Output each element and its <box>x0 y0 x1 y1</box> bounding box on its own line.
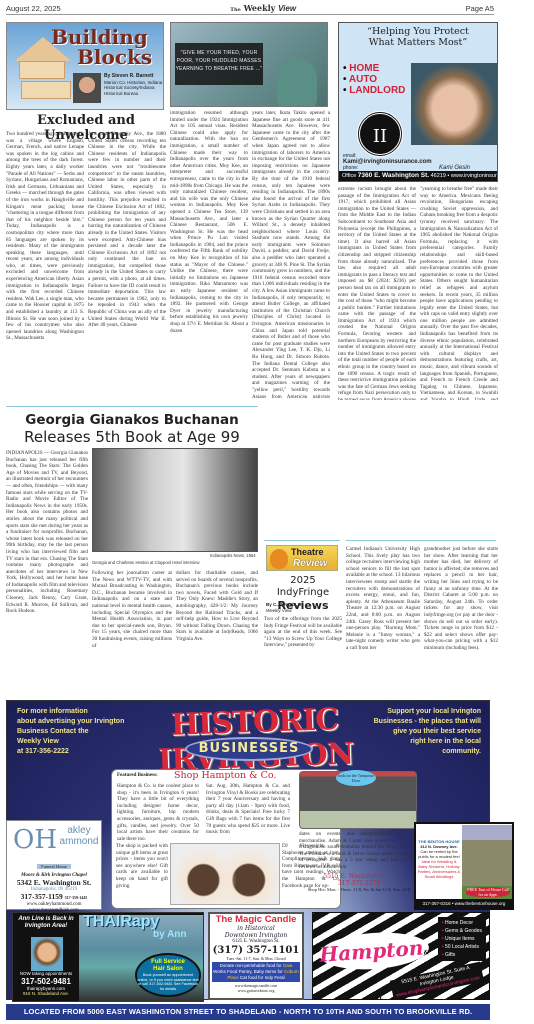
hampton-co-ad[interactable]: Hampton& CO. Home Decor Gems & Geodes Un… <box>312 912 490 1000</box>
advertising-info: For more information about advertising y… <box>17 707 124 757</box>
oakley-hammond-logo: OH akley ammond <box>7 825 101 847</box>
theatre-mask-icon <box>270 549 288 569</box>
statue-head <box>277 59 317 107</box>
magic-candle-ad[interactable]: The Magic Candle in Historical Downtown … <box>208 912 304 1000</box>
donation-box: Donate non-perishable food for Gaia Work… <box>212 962 300 982</box>
article-headline: Georgia Gianakos Buchanan Releases 5th B… <box>6 412 258 446</box>
oakley-hammond-funeral-ad[interactable]: OH akley ammond Funeral Home Moore & Kir… <box>6 820 102 910</box>
featured-business-details: dates on events and hamptonandcoirv.com … <box>299 831 419 893</box>
benton-house-ad[interactable]: THE BENTON HOUSE 312 N. Downey Ave. Can … <box>414 822 514 910</box>
salon-phone[interactable]: 317-502-9481 <box>15 977 77 986</box>
coverage-item: AUTO <box>343 74 405 85</box>
ad-tagline: “Helping You Protect What Matters Most” <box>339 26 497 48</box>
column-title: Blocks <box>77 45 152 69</box>
irvington-insurance-ad[interactable]: “Helping You Protect What Matters Most” … <box>338 22 498 182</box>
article-column: Ave., and Kentucky Ave., the 1880 United… <box>88 131 166 399</box>
agent-photo <box>411 63 497 145</box>
georgia-heston-photo <box>92 448 258 552</box>
article-column: Two of the offerings from the 2025 Indy … <box>264 616 342 690</box>
article-column: extreme racism brought about the passage… <box>338 186 416 400</box>
statue-of-liberty-image: "GIVE ME YOUR TIRED, YOUR POOR, YOUR HUD… <box>170 22 328 107</box>
office-address-bar: Office 7360 E. Washington St. 46219 • ww… <box>339 171 497 181</box>
featured-business-title: Shop Hampton & Co. <box>174 770 276 781</box>
photo-caption: Georgia and Charleton Heston at Claypool… <box>92 560 200 565</box>
article-column: immigration resumed although limited und… <box>170 110 248 400</box>
author-byline: By Steven R. Barnett Marion Co. Historia… <box>104 73 162 96</box>
divider <box>346 540 496 541</box>
section-subtitle: BUSINESSES <box>185 737 313 761</box>
page-header: August 22, 2025 The Weekly View Page A5 <box>6 2 494 15</box>
theatre-review-badge: Theatre Review <box>266 545 338 571</box>
article-byline: By C.J Woods, III Weekly View <box>266 602 302 613</box>
masthead: The Weekly View <box>230 3 296 13</box>
article-column: Carmel Indiana's University High School.… <box>346 546 420 690</box>
agent-email[interactable]: Kami@irvingtoninsurance.com <box>343 159 432 165</box>
funeral-phone[interactable]: 317-357-1159 <box>21 892 63 901</box>
block-icon <box>19 61 65 79</box>
building-blocks-banner: Building Blocks By Steven R. Barnett Mar… <box>6 22 164 110</box>
article-column: "yearning to breathe free" made their wa… <box>420 186 498 400</box>
article-column: Two hundred years ago, Indianapolis was … <box>6 131 84 399</box>
candle-phone[interactable]: (317) 357-1101 <box>210 945 302 956</box>
article-column-continued <box>264 404 342 540</box>
article-column: dollars for charitable causes, and serve… <box>176 570 258 690</box>
divider <box>6 406 258 407</box>
turquoise-door-bubble: look for the Turquoise Door <box>336 770 376 786</box>
article-column: grandmother just before she starts her s… <box>424 546 498 690</box>
benton-house-photo: FREE Tour of House Call for an Appt. <box>462 825 514 901</box>
photo-credit: Indianapolis News, 1954 <box>210 553 256 558</box>
issue-date: August 22, 2025 <box>6 4 61 13</box>
coverage-item: LANDLORD <box>343 85 405 96</box>
hampton-items-list: Home Decor Gems & Geodes Unique Items 50… <box>438 917 486 961</box>
page-number: Page A5 <box>466 4 494 13</box>
stylist-photo <box>31 937 63 971</box>
coverage-item: HOME <box>343 63 405 74</box>
gaia-website[interactable]: www.gaiaworksinc.org <box>210 988 302 993</box>
location-bar: LOCATED FROM 5000 EAST WASHINGTON STREET… <box>6 1004 490 1020</box>
hampton-logo: Hampton& CO. <box>318 929 430 973</box>
author-photo <box>73 73 101 103</box>
storefront-photo: look for the Turquoise Door <box>299 771 417 829</box>
insurance-seal-icon: II <box>357 111 403 157</box>
article-column: Following her journalism career at The N… <box>92 570 172 690</box>
article-column: years later, Ikuta Takito opened a Japan… <box>252 110 330 400</box>
cats-photo <box>170 843 280 905</box>
thairapy-salon-ad[interactable]: Ann Line is Back in Irvington Area! NOW … <box>12 912 204 1002</box>
salon-brand: THAIRapy <box>83 913 159 931</box>
article-column: INDIANAPOLIS — Georgia Gianakos Buchanan… <box>6 450 88 690</box>
quote-box: "GIVE ME YOUR TIRED, YOUR POOR, YOUR HUD… <box>175 43 263 85</box>
coverage-list: HOME AUTO LANDLORD <box>343 63 405 96</box>
divider <box>264 540 340 541</box>
block-icon <box>21 81 71 99</box>
